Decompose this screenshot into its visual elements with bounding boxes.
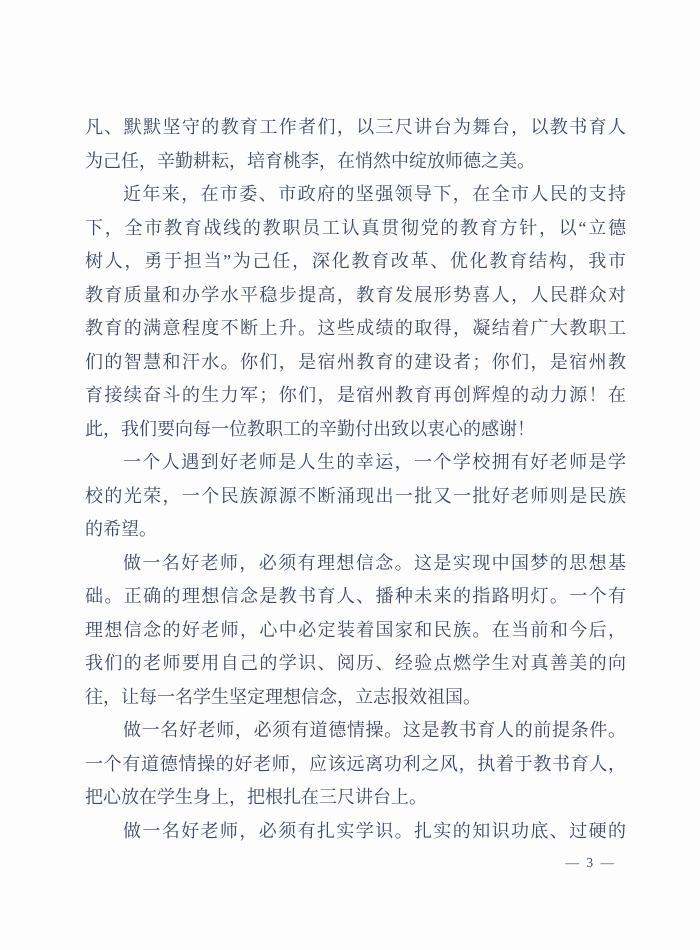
text-line: 做一名好老师，必须有道德情操。这是教书育人的前提条件。 xyxy=(85,714,626,748)
text-line: 的希望。 xyxy=(85,513,626,547)
text-line: 我们的老师要用自己的学识、阅历、经验点燃学生对真善美的向 xyxy=(85,647,626,681)
text-line: 们的智慧和汗水。你们，是宿州教育的建设者；你们，是宿州教 xyxy=(85,346,626,380)
text-line: 教育质量和办学水平稳步提高，教育发展形势喜人，人民群众对 xyxy=(85,279,626,313)
text-line: 理想信念的好老师，心中必定装着国家和民族。在当前和今后， xyxy=(85,614,626,648)
text-line: 一个有道德情操的好老师，应该远离功利之风，执着于教书育人， xyxy=(85,748,626,782)
text-line: 做一名好老师，必须有扎实学识。扎实的知识功底、过硬的 xyxy=(85,815,626,849)
text-line: 校的光荣，一个民族源源不断涌现出一批又一批好老师则是民族 xyxy=(85,480,626,514)
document-body: 凡、默默坚守的教育工作者们，以三尺讲台为舞台，以教书育人为己任，辛勤耕耘，培育桃… xyxy=(85,111,626,848)
text-line: 树人，勇于担当”为己任，深化教育改革、优化教育结构，我市 xyxy=(85,245,626,279)
text-line: 教育的满意程度不断上升。这些成绩的取得，凝结着广大教职工 xyxy=(85,312,626,346)
text-line: 凡、默默坚守的教育工作者们，以三尺讲台为舞台，以教书育人 xyxy=(85,111,626,145)
scanned-page: 凡、默默坚守的教育工作者们，以三尺讲台为舞台，以教书育人为己任，辛勤耕耘，培育桃… xyxy=(0,0,700,950)
text-line: 育接续奋斗的生力军；你们，是宿州教育再创辉煌的动力源！在 xyxy=(85,379,626,413)
text-line: 往，让每一名学生坚定理想信念，立志报效祖国。 xyxy=(85,681,626,715)
text-line: 近年来，在市委、市政府的坚强领导下，在全市人民的支持 xyxy=(85,178,626,212)
page-number: — 3 — xyxy=(85,855,616,871)
text-line: 为己任，辛勤耕耘，培育桃李，在悄然中绽放师德之美。 xyxy=(85,145,626,179)
text-line: 把心放在学生身上，把根扎在三尺讲台上。 xyxy=(85,781,626,815)
text-line: 下，全市教育战线的教职员工认真贯彻党的教育方针，以“立德 xyxy=(85,212,626,246)
text-line: 做一名好老师，必须有理想信念。这是实现中国梦的思想基 xyxy=(85,547,626,581)
text-line: 一个人遇到好老师是人生的幸运，一个学校拥有好老师是学 xyxy=(85,446,626,480)
text-line: 此，我们要向每一位教职工的辛勤付出致以衷心的感谢！ xyxy=(85,413,626,447)
text-line: 础。正确的理想信念是教书育人、播种未来的指路明灯。一个有 xyxy=(85,580,626,614)
